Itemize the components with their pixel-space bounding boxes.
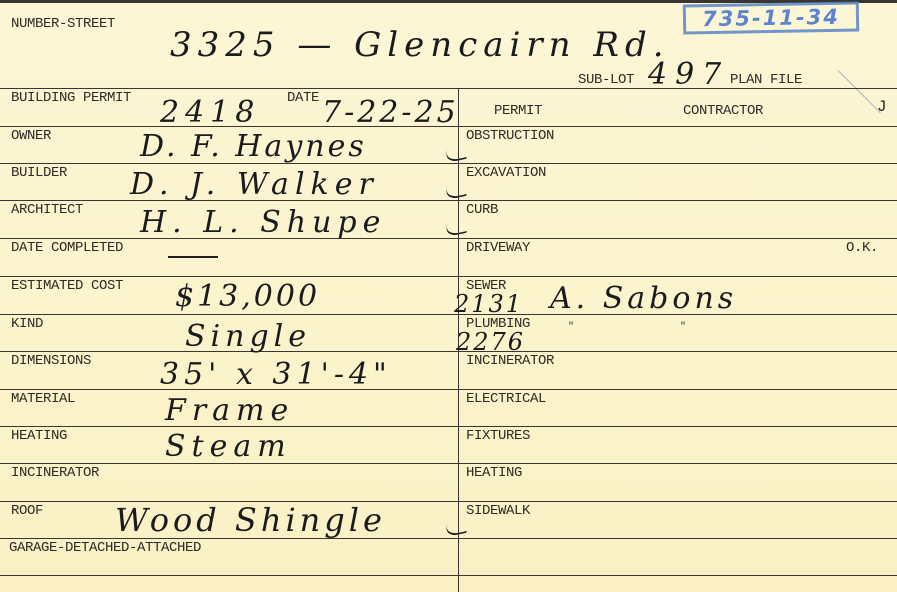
sub-lot-value: 497	[648, 60, 729, 90]
kind-label: KIND	[11, 316, 43, 332]
rule-line	[0, 314, 897, 315]
obstruction-check-icon	[441, 143, 473, 164]
dimensions-label: DIMENSIONS	[11, 353, 91, 369]
excavation-label: EXCAVATION	[466, 165, 546, 181]
file-stamp: 735-11-34	[683, 1, 859, 34]
permit-card: NUMBER-STREET 3325 — Glencairn Rd. 735-1…	[0, 0, 897, 592]
rule-line	[0, 88, 897, 89]
owner-value: D. F. Haynes	[140, 132, 367, 162]
architect-value: H. L. Shupe	[140, 208, 386, 238]
contractor-column-label: CONTRACTOR	[683, 103, 763, 119]
material-value: Frame	[165, 396, 294, 426]
date-completed-dash	[168, 256, 218, 258]
driveway-status: O.K.	[846, 240, 878, 256]
rule-line	[0, 463, 897, 464]
number-street-label: NUMBER-STREET	[11, 16, 115, 32]
heating-label: HEATING	[11, 428, 67, 444]
rule-line	[0, 389, 897, 390]
plan-file-label: PLAN FILE	[730, 72, 802, 88]
excavation-check-icon	[441, 180, 473, 201]
plumbing-contractor-ditto: " "	[568, 322, 736, 333]
owner-label: OWNER	[11, 128, 51, 144]
heating-permit-label: HEATING	[466, 465, 522, 481]
building-permit-value: 2418	[160, 98, 260, 128]
material-label: MATERIAL	[11, 391, 75, 407]
builder-value: D. J. Walker	[130, 170, 379, 200]
fixtures-label: FIXTURES	[466, 428, 530, 444]
building-permit-label: BUILDING PERMIT	[11, 90, 131, 106]
builder-label: BUILDER	[11, 165, 67, 181]
plumbing-permit-number: 2276	[456, 330, 525, 354]
rule-line	[0, 163, 897, 164]
roof-value: Wood Shingle	[115, 504, 386, 536]
heating-value: Steam	[165, 432, 292, 462]
sidewalk-check-icon	[441, 517, 473, 538]
date-label: DATE	[287, 90, 319, 106]
curb-check-icon	[441, 217, 473, 238]
architect-label: ARCHITECT	[11, 202, 83, 218]
roof-label: ROOF	[11, 503, 43, 519]
incinerator-label: INCINERATOR	[11, 465, 99, 481]
estimated-cost-value: $13,000	[175, 282, 320, 312]
permit-column-label: PERMIT	[494, 103, 542, 119]
rule-line	[0, 238, 897, 239]
rule-line	[0, 426, 897, 427]
sewer-contractor: A. Sabons	[550, 284, 737, 314]
pencil-mark	[838, 70, 881, 113]
pencil-hook-mark: J	[877, 98, 887, 116]
garage-label: GARAGE-DETACHED-ATTACHED	[9, 540, 201, 556]
sidewalk-label: SIDEWALK	[466, 503, 530, 519]
kind-value: Single	[185, 322, 311, 352]
rule-line	[0, 276, 897, 277]
number-street-value: 3325 — Glencairn Rd.	[170, 28, 670, 62]
obstruction-label: OBSTRUCTION	[466, 128, 554, 144]
rule-line	[0, 575, 897, 576]
rule-line	[0, 351, 897, 352]
date-completed-label: DATE COMPLETED	[11, 240, 123, 256]
sub-lot-label: SUB-LOT	[578, 72, 634, 88]
estimated-cost-label: ESTIMATED COST	[11, 278, 123, 294]
driveway-label: DRIVEWAY	[466, 240, 530, 256]
dimensions-value: 35' x 31'-4"	[160, 360, 392, 390]
curb-label: CURB	[466, 202, 498, 218]
electrical-label: ELECTRICAL	[466, 391, 546, 407]
sewer-permit-number: 2131	[454, 292, 523, 316]
date-value: 7-22-25	[322, 98, 459, 128]
